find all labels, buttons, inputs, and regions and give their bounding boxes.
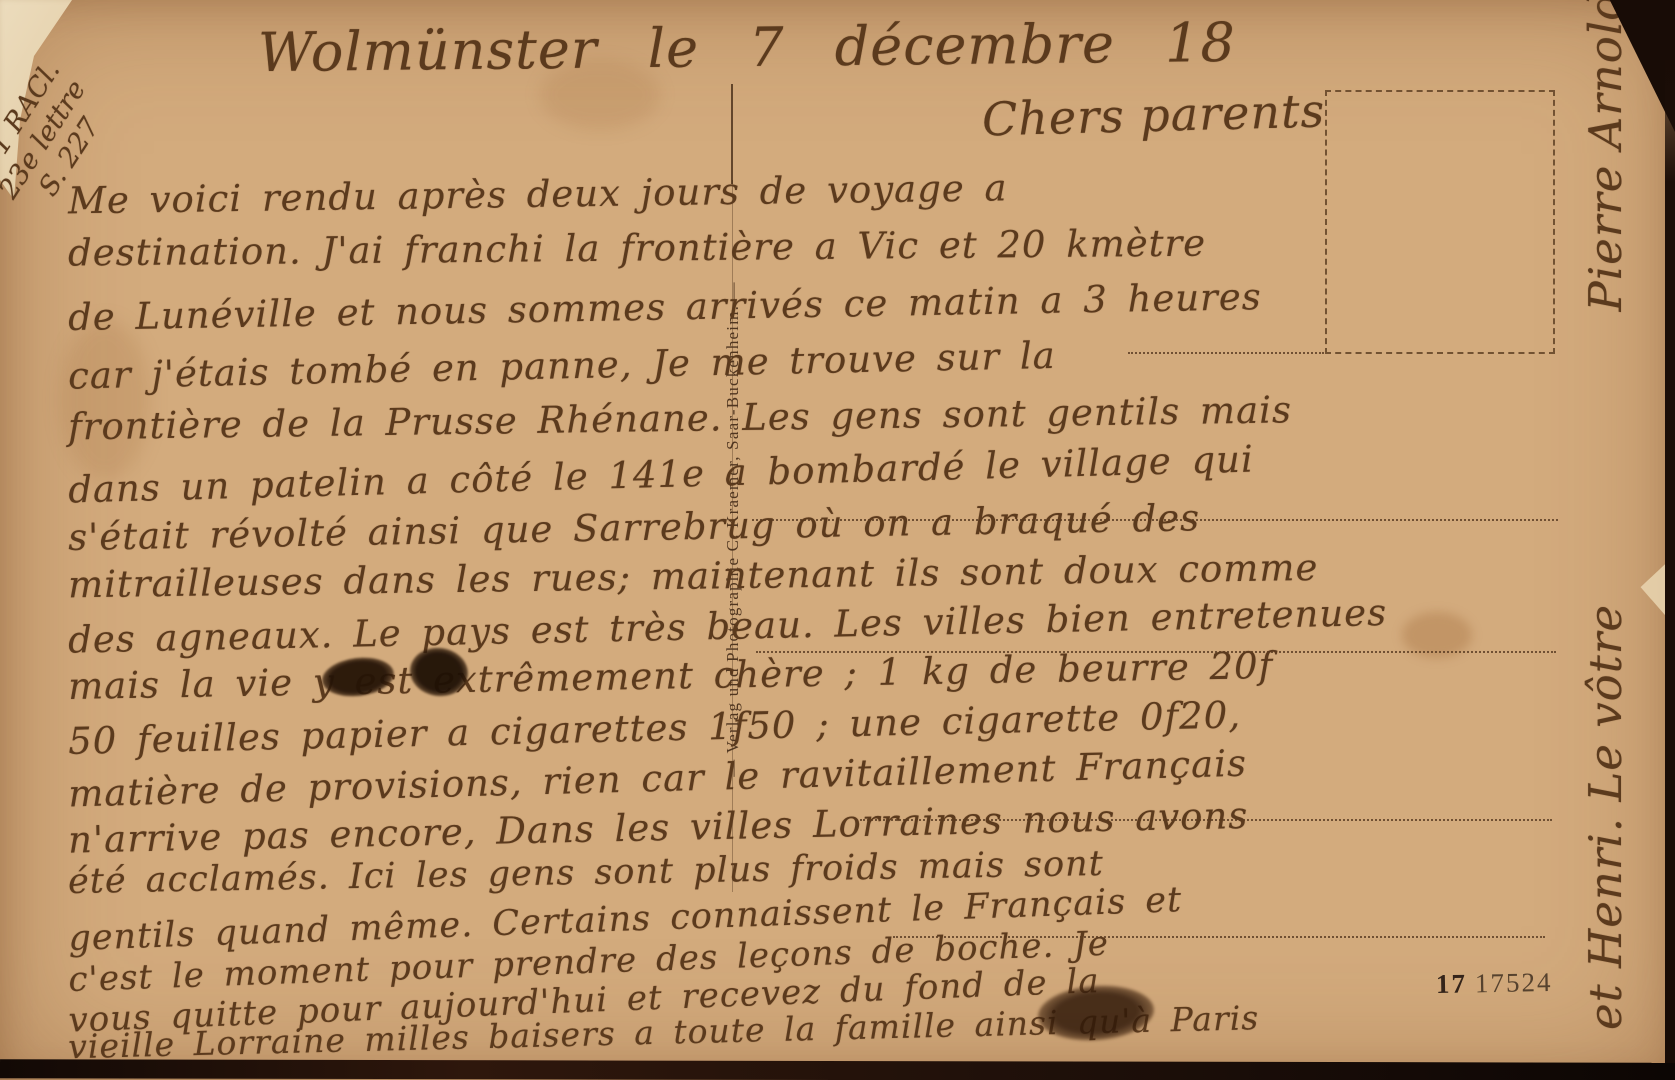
margin-signature-upper: Pierre Arnold	[1579, 0, 1632, 312]
print-number-value: 17524	[1475, 967, 1553, 998]
salutation: Chers parents	[981, 84, 1325, 147]
margin-signature-lower: et Henri. Le vôtre	[1579, 604, 1632, 1030]
paper-stain	[60, 320, 150, 480]
dark-scan-edge-bottom	[0, 1059, 1675, 1080]
letter-line: car j'étais tombé en panne, Je me trouve…	[68, 326, 1560, 394]
print-number-prefix: 17	[1436, 968, 1468, 999]
dark-scan-edge-right	[1665, 60, 1675, 1080]
postcard-paper: 271 RACl. 23e lettre S. 227 Wolmünster l…	[0, 0, 1675, 1080]
margin-signature: et Henri. Le vôtre Pierre Arnold	[1573, 0, 1637, 1030]
letter-line: frontière de la Prusse Rhénane. Les gens…	[68, 388, 1560, 446]
scanned-postcard-image: 271 RACl. 23e lettre S. 227 Wolmünster l…	[0, 0, 1675, 1080]
dateline: Wolmünster le 7 décembre 18	[258, 11, 1236, 84]
print-number: 1717524	[1436, 967, 1553, 1000]
